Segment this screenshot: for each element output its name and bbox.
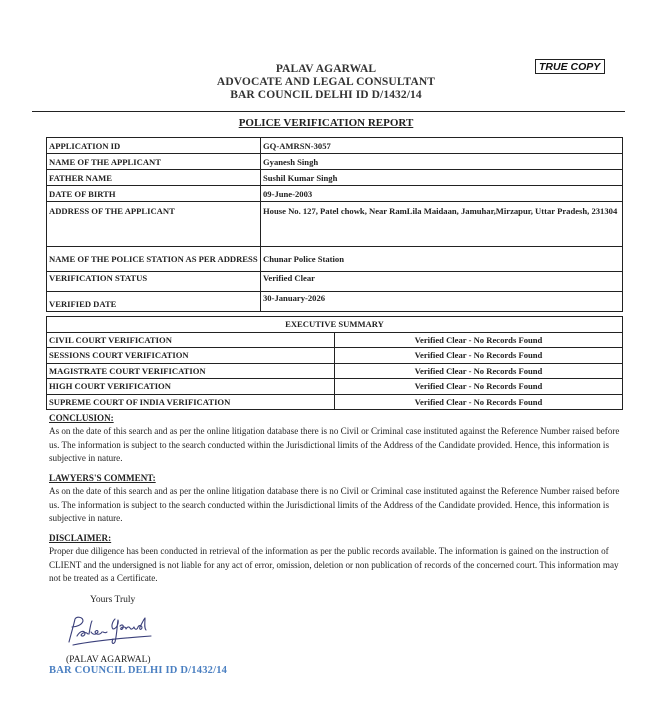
row-status: Verified Clear - No Records Found (335, 379, 623, 395)
row-label: SUPREME COURT OF INDIA VERIFICATION (47, 394, 335, 410)
table-row: VERIFIED DATE 30-January-2026 (47, 292, 623, 312)
row-status: Verified Clear - No Records Found (335, 348, 623, 364)
row-label: NAME OF THE APPLICANT (47, 154, 261, 170)
application-id-value: GQ-AMRSN-3057 (261, 138, 623, 154)
table-row: HIGH COURT VERIFICATION Verified Clear -… (47, 379, 623, 395)
row-status: Verified Clear - No Records Found (335, 363, 623, 379)
disclaimer-heading: DISCLAIMER: (49, 532, 624, 545)
row-label: NAME OF THE POLICE STATION AS PER ADDRES… (47, 247, 261, 272)
disclaimer-text: Proper due diligence has been conducted … (49, 545, 624, 585)
applicant-details-table: APPLICATION ID GQ-AMRSN-3057 NAME OF THE… (46, 137, 623, 312)
row-label: MAGISTRATE COURT VERIFICATION (47, 363, 335, 379)
table-row: NAME OF THE POLICE STATION AS PER ADDRES… (47, 247, 623, 272)
table-row: SUPREME COURT OF INDIA VERIFICATION Veri… (47, 394, 623, 410)
row-label: VERIFICATION STATUS (47, 272, 261, 292)
table-row: NAME OF THE APPLICANT Gyanesh Singh (47, 154, 623, 170)
table-header-row: EXECUTIVE SUMMARY (47, 317, 623, 333)
table-row: ADDRESS OF THE APPLICANT House No. 127, … (47, 202, 623, 247)
applicant-name-value: Gyanesh Singh (261, 154, 623, 170)
police-station-value: Chunar Police Station (261, 247, 623, 272)
row-label: CIVIL COURT VERIFICATION (47, 332, 335, 348)
table-row: DATE OF BIRTH 09-June-2003 (47, 186, 623, 202)
table-row: APPLICATION ID GQ-AMRSN-3057 (47, 138, 623, 154)
conclusion-heading: CONCLUSION: (49, 412, 624, 425)
date-of-birth-value: 09-June-2003 (261, 186, 623, 202)
true-copy-stamp: TRUE COPY (535, 59, 605, 74)
executive-summary-table: EXECUTIVE SUMMARY CIVIL COURT VERIFICATI… (46, 316, 623, 410)
executive-summary-title: EXECUTIVE SUMMARY (47, 317, 623, 333)
conclusion-section: CONCLUSION: As on the date of this searc… (49, 412, 624, 465)
row-label: VERIFIED DATE (47, 292, 261, 312)
signatory-name: (PALAV AGARWAL) (66, 655, 151, 665)
closing-text: Yours Truly (90, 595, 135, 605)
row-status: Verified Clear - No Records Found (335, 394, 623, 410)
table-row: VERIFICATION STATUS Verified Clear (47, 272, 623, 292)
advocate-designation: ADVOCATE AND LEGAL CONSULTANT (0, 76, 652, 89)
father-name-value: Sushil Kumar Singh (261, 170, 623, 186)
verified-date-value: 30-January-2026 (261, 292, 623, 312)
conclusion-text: As on the date of this search and as per… (49, 425, 624, 465)
disclaimer-section: DISCLAIMER: Proper due diligence has bee… (49, 532, 624, 585)
advocate-bar-id: BAR COUNCIL DELHI ID D/1432/14 (0, 89, 652, 102)
row-label: APPLICATION ID (47, 138, 261, 154)
row-label: FATHER NAME (47, 170, 261, 186)
lawyers-comment-text: As on the date of this search and as per… (49, 485, 624, 525)
table-row: MAGISTRATE COURT VERIFICATION Verified C… (47, 363, 623, 379)
table-row: SESSIONS COURT VERIFICATION Verified Cle… (47, 348, 623, 364)
address-value: House No. 127, Patel chowk, Near RamLila… (261, 202, 623, 247)
row-label: SESSIONS COURT VERIFICATION (47, 348, 335, 364)
row-label: DATE OF BIRTH (47, 186, 261, 202)
row-label: HIGH COURT VERIFICATION (47, 379, 335, 395)
header-divider (32, 111, 625, 112)
table-row: FATHER NAME Sushil Kumar Singh (47, 170, 623, 186)
row-status: Verified Clear - No Records Found (335, 332, 623, 348)
lawyers-comment-heading: LAWYERS'S COMMENT: (49, 472, 624, 485)
signature-icon (63, 612, 158, 648)
table-row: CIVIL COURT VERIFICATION Verified Clear … (47, 332, 623, 348)
verification-status-value: Verified Clear (261, 272, 623, 292)
row-label: ADDRESS OF THE APPLICANT (47, 202, 261, 247)
report-title: POLICE VERIFICATION REPORT (0, 117, 652, 129)
signatory-bar-id: BAR COUNCIL DELHI ID D/1432/14 (49, 665, 227, 676)
lawyers-comment-section: LAWYERS'S COMMENT: As on the date of thi… (49, 472, 624, 525)
